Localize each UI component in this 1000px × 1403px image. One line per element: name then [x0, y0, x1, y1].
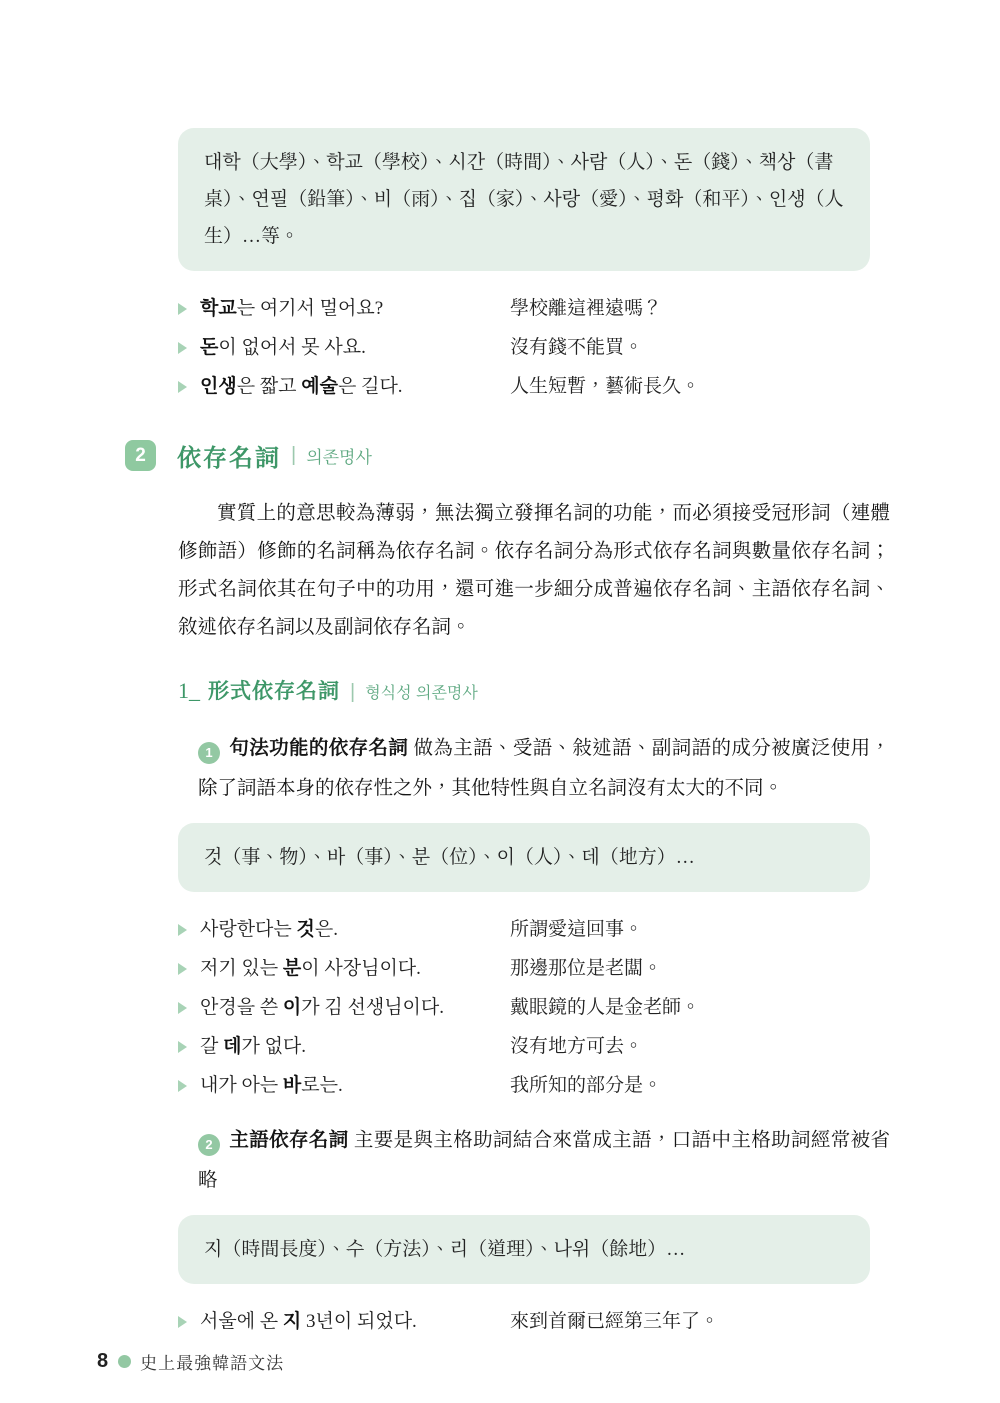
page-footer: 8 史上最強韓語文法 — [97, 1349, 890, 1374]
kr-keyword: 이 — [283, 997, 301, 1018]
item-label: 主語依存名詞 — [229, 1130, 349, 1151]
vocab-box-text: 것（事、物）、바（事）、분（位）、이（人）、데（地方）… — [204, 847, 695, 868]
vocab-box-nouns: 대학（大學）、학교（學校）、시간（時間）、사람（人）、돈（錢）、책상（書桌）、연… — [178, 128, 870, 271]
numbered-item-1: 1句法功能的依存名詞 做為主語、受語、敍述語、副詞語的成分被廣泛使用，除了詞語本… — [198, 729, 890, 809]
example-group-subject: 서울에 온 지 3년이 되었다. 來到首爾已經第三年了。 — [178, 1310, 890, 1349]
example-row: 서울에 온 지 3년이 되었다. 來到首爾已經第三年了。 — [178, 1310, 890, 1334]
example-group-intro: 학교는 여기서 멀어요? 學校離這裡遠嗎？ 돈이 없어서 못 사요. 沒有錢不能… — [178, 297, 890, 414]
kr-keyword: 인생 — [200, 376, 237, 397]
example-row: 갈 데가 없다. 沒有地方可去。 — [178, 1035, 890, 1059]
example-chinese: 學校離這裡遠嗎？ — [510, 297, 662, 321]
item-label: 句法功能的依存名詞 — [229, 738, 408, 759]
example-row: 내가 아는 바로는. 我所知的部分是。 — [178, 1074, 890, 1098]
page-number: 8 — [97, 1350, 108, 1373]
textbook-page: 대학（大學）、학교（學校）、시간（時間）、사람（人）、돈（錢）、책상（書桌）、연… — [0, 0, 1000, 1403]
kr-segment: 로는. — [301, 1075, 342, 1096]
kr-keyword: 데 — [223, 1036, 241, 1057]
example-chinese: 我所知的部分是。 — [510, 1074, 662, 1098]
footer-dot-icon — [118, 1355, 131, 1368]
arrow-bullet-icon — [178, 1002, 200, 1014]
example-korean: 인생은 짧고 예술은 길다. — [200, 375, 510, 399]
kr-segment: 는 여기서 멀어요? — [237, 298, 383, 319]
heading-divider: | — [291, 444, 296, 467]
arrow-bullet-icon — [178, 1316, 200, 1328]
example-korean: 저기 있는 분이 사장님이다. — [200, 957, 510, 981]
kr-keyword: 것 — [297, 919, 315, 940]
arrow-bullet-icon — [178, 303, 200, 315]
example-chinese: 沒有錢不能買。 — [510, 336, 643, 360]
kr-keyword: 예술 — [301, 376, 338, 397]
circle-number-icon: 2 — [198, 1134, 220, 1156]
kr-segment: 은 짧고 — [237, 376, 302, 397]
subsection-number: 1_ — [178, 678, 200, 704]
circle-number-icon: 1 — [198, 742, 220, 764]
numbered-item-2: 2主語依存名詞 主要是與主格助詞結合來當成主語，口語中主格助詞經常被省略 — [198, 1121, 890, 1201]
kr-segment: 이 사장님이다. — [301, 958, 421, 979]
kr-segment: 저기 있는 — [200, 958, 283, 979]
example-row: 저기 있는 분이 사장님이다. 那邊那位是老闆。 — [178, 957, 890, 981]
example-korean: 내가 아는 바로는. — [200, 1074, 510, 1098]
vocab-box-text: 지（時間長度）、수（方法）、리（道理）、나위（餘地）… — [204, 1239, 685, 1260]
kr-segment: 이 없어서 못 사요. — [218, 337, 365, 358]
section-heading: 2 依存名詞 | 의존명사 — [125, 438, 890, 473]
subsection-title-chinese: 形式依存名詞 — [208, 675, 340, 705]
kr-keyword: 학교 — [200, 298, 237, 319]
example-korean: 갈 데가 없다. — [200, 1035, 510, 1059]
example-row: 학교는 여기서 멀어요? 學校離這裡遠嗎？ — [178, 297, 890, 321]
kr-segment: 은. — [315, 919, 338, 940]
arrow-bullet-icon — [178, 381, 200, 393]
arrow-bullet-icon — [178, 342, 200, 354]
arrow-bullet-icon — [178, 1080, 200, 1092]
kr-keyword: 바 — [283, 1075, 301, 1096]
arrow-bullet-icon — [178, 963, 200, 975]
section-number-badge: 2 — [125, 440, 156, 471]
example-row: 안경을 쓴 이가 김 선생님이다. 戴眼鏡的人是金老師。 — [178, 996, 890, 1020]
kr-keyword: 분 — [283, 958, 301, 979]
section-intro-paragraph: 實質上的意思較為薄弱，無法獨立發揮名詞的功能，而必須接受冠形詞（連體修飾語）修飾… — [178, 495, 890, 647]
section-title-chinese: 依存名詞 — [177, 438, 281, 473]
kr-segment: 사랑한다는 — [200, 919, 297, 940]
kr-segment: 가 없다. — [241, 1036, 306, 1057]
example-chinese: 沒有地方可去。 — [510, 1035, 643, 1059]
example-chinese: 人生短暫，藝術長久。 — [510, 375, 700, 399]
example-korean: 안경을 쓴 이가 김 선생님이다. — [200, 996, 510, 1020]
kr-segment: 안경을 쓴 — [200, 997, 283, 1018]
kr-keyword: 지 — [283, 1311, 301, 1332]
kr-segment: 가 김 선생님이다. — [301, 997, 444, 1018]
arrow-bullet-icon — [178, 924, 200, 936]
example-korean: 돈이 없어서 못 사요. — [200, 336, 510, 360]
kr-segment: 3년이 되었다. — [301, 1311, 417, 1332]
kr-segment: 은 길다. — [338, 376, 403, 397]
example-group-form: 사랑한다는 것은. 所謂愛這回事。 저기 있는 분이 사장님이다. 那邊那位是老… — [178, 918, 890, 1113]
example-korean: 사랑한다는 것은. — [200, 918, 510, 942]
example-row: 돈이 없어서 못 사요. 沒有錢不能買。 — [178, 336, 890, 360]
vocab-box-form-nouns: 것（事、物）、바（事）、분（位）、이（人）、데（地方）… — [178, 823, 870, 892]
example-row: 인생은 짧고 예술은 길다. 人生短暫，藝術長久。 — [178, 375, 890, 399]
example-chinese: 來到首爾已經第三年了。 — [510, 1310, 719, 1334]
example-korean: 서울에 온 지 3년이 되었다. — [200, 1310, 510, 1334]
example-korean: 학교는 여기서 멀어요? — [200, 297, 510, 321]
example-row: 사랑한다는 것은. 所謂愛這回事。 — [178, 918, 890, 942]
book-title: 史上最強韓語文法 — [140, 1349, 284, 1374]
kr-keyword: 돈 — [200, 337, 218, 358]
kr-segment: 갈 — [200, 1036, 223, 1057]
arrow-bullet-icon — [178, 1041, 200, 1053]
heading-divider: | — [350, 681, 355, 704]
example-chinese: 所謂愛這回事。 — [510, 918, 643, 942]
example-chinese: 那邊那位是老闆。 — [510, 957, 662, 981]
example-chinese: 戴眼鏡的人是金老師。 — [510, 996, 700, 1020]
subsection-title-korean: 형식성 의존명사 — [365, 680, 478, 703]
kr-segment: 내가 아는 — [200, 1075, 283, 1096]
subsection-heading: 1_ 形式依存名詞 | 형식성 의존명사 — [178, 675, 890, 705]
vocab-box-subject-nouns: 지（時間長度）、수（方法）、리（道理）、나위（餘地）… — [178, 1215, 870, 1284]
kr-segment: 서울에 온 — [200, 1311, 283, 1332]
section-title-korean: 의존명사 — [306, 443, 372, 468]
vocab-box-text: 대학（大學）、학교（學校）、시간（時間）、사람（人）、돈（錢）、책상（書桌）、연… — [204, 152, 844, 247]
